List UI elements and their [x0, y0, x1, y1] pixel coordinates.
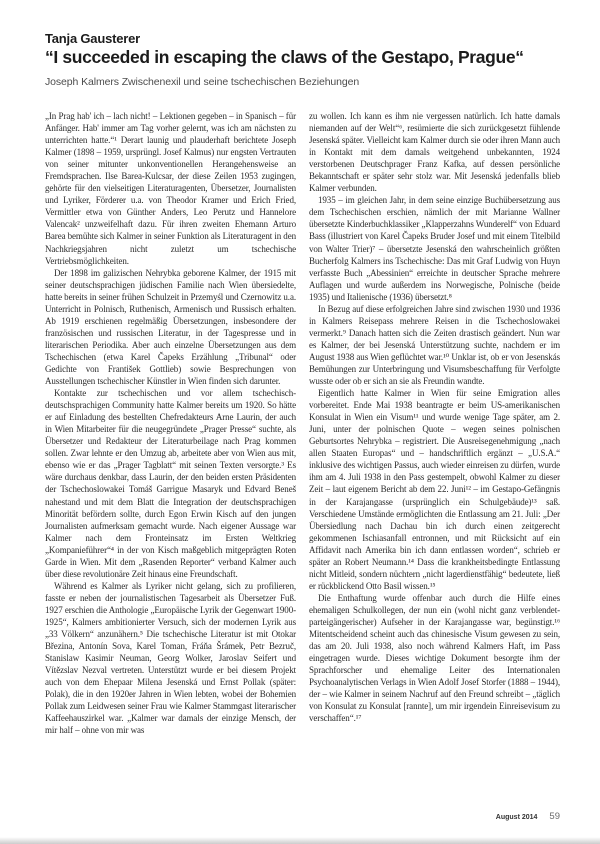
paragraph: Die Enthaftung wurde offenbar auch durch… [309, 592, 560, 725]
article-subtitle: Joseph Kalmers Zwischenexil und seine ts… [45, 76, 560, 89]
paragraph: Während es Kalmer als Lyriker nicht gela… [45, 580, 296, 737]
article-title: “I succeeded in escaping the claws of th… [45, 47, 560, 67]
paragraph: zu wollen. Ich kann es ihm nie vergessen… [309, 110, 560, 194]
left-column: „In Prag hab' ich – lach nicht! – Lektio… [45, 110, 296, 736]
paragraph: Eigentlich hatte Kalmer in Wien für sein… [309, 387, 560, 592]
right-column: zu wollen. Ich kann es ihm nie vergessen… [309, 110, 560, 736]
paragraph: 1935 – im gleichen Jahr, in dem seine ei… [309, 194, 560, 302]
paragraph: Der 1898 im galizischen Nehrybka geboren… [45, 267, 296, 387]
issue-date: August 2014 [496, 814, 538, 821]
paragraph: In Bezug auf diese erfolgreichen Jahre s… [309, 303, 560, 387]
article-body: „In Prag hab' ich – lach nicht! – Lektio… [0, 110, 600, 736]
magazine-page: Tanja Gausterer “I succeeded in escaping… [0, 0, 600, 844]
article-header: Tanja Gausterer “I succeeded in escaping… [0, 0, 600, 89]
page-number: 59 [549, 811, 560, 822]
paragraph: „In Prag hab' ich – lach nicht! – Lektio… [45, 110, 296, 267]
page-footer: August 2014 59 [496, 811, 560, 822]
paragraph: Kontakte zur tschechischen und vor allem… [45, 387, 296, 580]
article-author: Tanja Gausterer [45, 31, 560, 46]
